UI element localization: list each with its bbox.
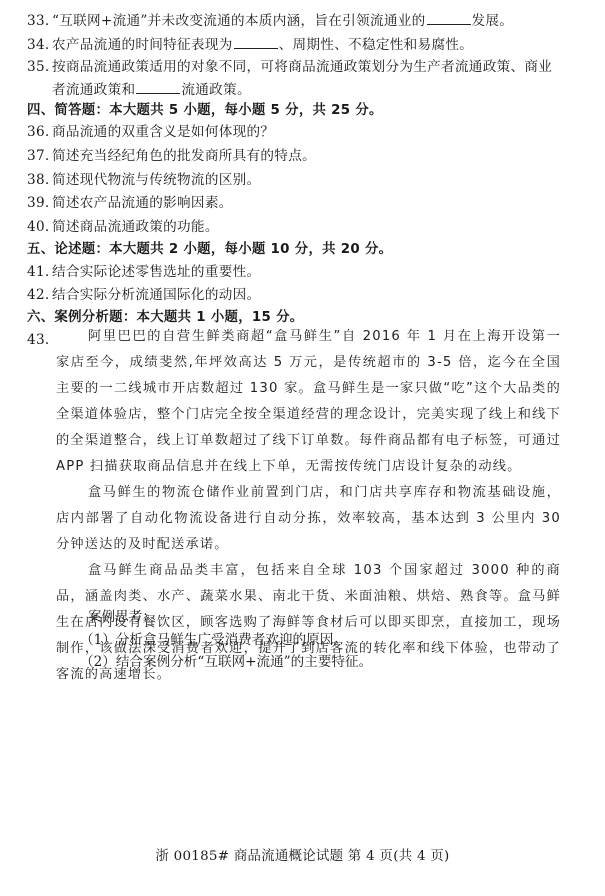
answer-blank[interactable] [427,11,471,25]
answer-blank[interactable] [234,35,278,49]
page-footer: 浙 00185# 商品流通概论试题 第 4 页(共 4 页) [0,848,605,866]
question-40: 40.简述商品流通政策的功能。 [27,218,219,236]
question-37: 37.简述充当经纪角色的批发商所具有的特点。 [27,147,316,165]
section-5-heading: 五、论述题：本大题共 2 小题，每小题 10 分，共 20 分。 [27,241,392,259]
section-4-heading: 四、简答题：本大题共 5 小题，每小题 5 分，共 25 分。 [27,102,383,120]
question-35-continuation: 者流通政策和流通政策。 [52,80,251,99]
case-question-2: （2）结合案例分析“互联网+流通”的主要特征。 [80,653,372,671]
question-42: 42.结合实际分析流通国际化的动因。 [27,286,260,304]
question-43-number: 43. [27,331,52,349]
case-think-label: 案例思考： [88,608,156,626]
question-36: 36.商品流通的双重含义是如何体现的？ [27,123,274,141]
question-35: 35.按商品流通政策适用的对象不同，可将商品流通政策划分为生产者流通政策、商业 [27,58,552,76]
question-33: 33.“互联网+流通”并未改变流通的本质内涵，旨在引领流通业的发展。 [27,11,513,30]
case-paragraph-2: 盒马鲜生的物流仓储作业前置到门店，和门店共享库存和物流基础设施，店内部署了自动化… [56,480,561,558]
case-paragraph-1: 阿里巴巴的自营生鲜类商超“盒马鲜生”自 2016 年 1 月在上海开设第一家店至… [56,324,561,480]
case-question-1: （1）分析盒马鲜生广受消费者欢迎的原因。 [80,631,347,649]
question-34: 34.农产品流通的时间特征表现为、周期性、不稳定性和易腐性。 [27,35,473,54]
answer-blank[interactable] [136,80,180,94]
question-41: 41.结合实际论述零售选址的重要性。 [27,263,260,281]
question-39: 39.简述农产品流通的影响因素。 [27,194,233,212]
question-38: 38.简述现代物流与传统物流的区别。 [27,171,260,189]
